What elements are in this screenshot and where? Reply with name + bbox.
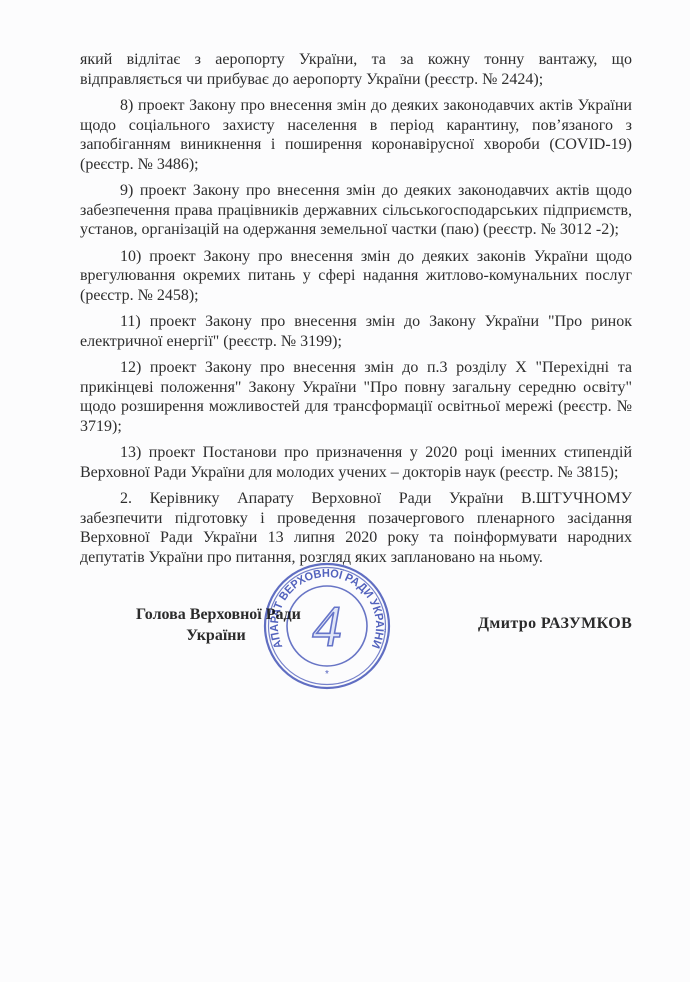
official-stamp: АПАРАТ ВЕРХОВНОЇ РАДИ УКРАЇНИ 4 * bbox=[261, 560, 393, 692]
document-body: який відлітає з аеропорту України, та за… bbox=[80, 50, 632, 574]
paragraph-item-10: 10) проект Закону про внесення змін до д… bbox=[80, 247, 632, 306]
scanned-document-page: який відлітає з аеропорту України, та за… bbox=[0, 0, 690, 982]
paragraph-item-12: 12) проект Закону про внесення змін до п… bbox=[80, 358, 632, 436]
stamp-number: 4 bbox=[313, 594, 342, 659]
paragraph-item-11: 11) проект Закону про внесення змін до З… bbox=[80, 312, 632, 351]
star-icon: * bbox=[325, 669, 329, 680]
paragraph-point-2: 2. Керівнику Апарату Верховної Ради Укра… bbox=[80, 489, 632, 567]
signer-name: Дмитро РАЗУМКОВ bbox=[478, 615, 632, 633]
paragraph-continuation: який відлітає з аеропорту України, та за… bbox=[80, 50, 632, 89]
paragraph-item-9: 9) проект Закону про внесення змін до де… bbox=[80, 181, 632, 240]
paragraph-item-13: 13) проект Постанови про призначення у 2… bbox=[80, 443, 632, 482]
paragraph-item-8: 8) проект Закону про внесення змін до де… bbox=[80, 96, 632, 174]
